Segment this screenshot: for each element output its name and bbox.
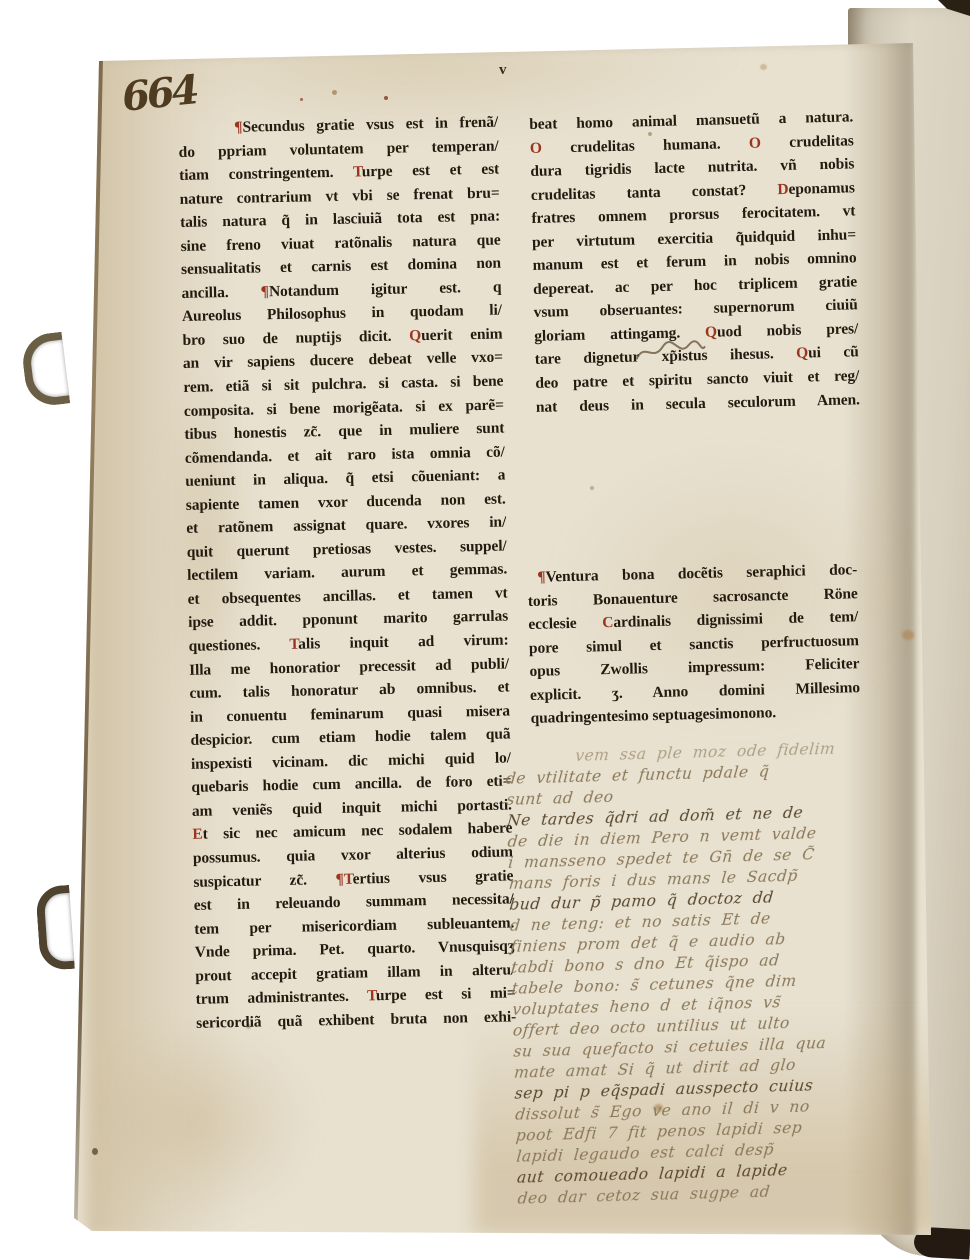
fox-spot: [332, 90, 337, 95]
page-fore-edge: [70, 58, 103, 1234]
book-clasp: [20, 332, 70, 409]
rubricated-initial: T: [289, 636, 298, 653]
rubricated-initial: Q: [705, 324, 717, 341]
signature-mark: v: [499, 62, 507, 79]
rubricated-initial: O: [749, 134, 761, 151]
rubricated-initial: D: [777, 181, 788, 198]
handwritten-folio-number: 664: [120, 66, 199, 121]
left-text-column: ¶Secundus gratie vsus est in frenã/do pp…: [178, 111, 516, 1036]
rubricated-initial: T: [353, 163, 362, 180]
rubricated-initial: ¶T: [335, 870, 352, 887]
rubricated-initial: E: [192, 826, 203, 843]
right-text-column: beat homo animal mansuetũ a natura.O cru…: [529, 105, 860, 419]
fox-spot: [590, 486, 594, 490]
rubricated-initial: T: [367, 987, 376, 1004]
manuscript-annotation-block: vem ssa ple moz ode fidelimde vtilitate …: [505, 735, 966, 1209]
fox-spot: [760, 64, 767, 70]
fox-spot: [300, 98, 303, 101]
colophon-paragraph: ¶Ventura bona docẽtis seraphici doc-tori…: [527, 558, 861, 731]
rubricated-initial: ¶: [261, 283, 270, 300]
rubricated-initial: ¶: [234, 119, 243, 136]
book-photo: 664 v ¶Secundus gratie vsus est in frenã…: [0, 0, 970, 1260]
book-clasp: [35, 885, 75, 971]
incunable-leaf: 664 v ¶Secundus gratie vsus est in frenã…: [0, 0, 970, 1260]
fox-spot: [902, 630, 914, 640]
page-top-edge-shadow: [95, 23, 920, 66]
rubricated-initial: C: [602, 614, 613, 631]
rubricated-initial: Q: [796, 345, 808, 362]
rubricated-initial: ¶: [537, 569, 546, 586]
fox-spot: [92, 1148, 98, 1155]
rubricated-initial: Q: [409, 327, 421, 344]
fox-spot: [384, 96, 388, 100]
manuscript-correction-squiggle: [634, 339, 707, 370]
rubricated-initial: O: [530, 139, 542, 156]
